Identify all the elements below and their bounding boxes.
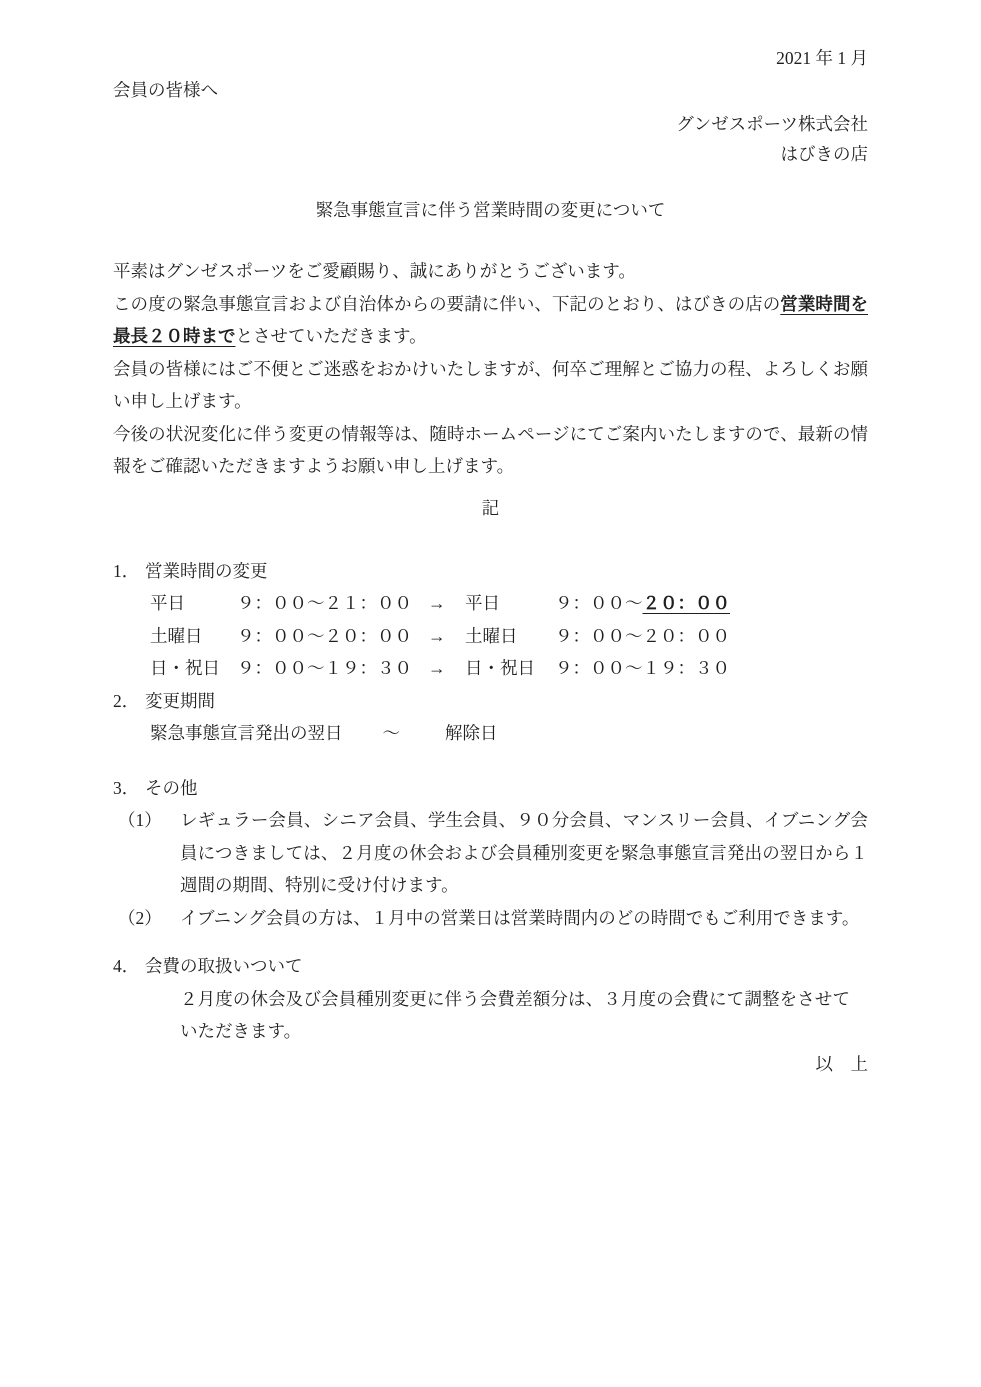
hours-row-saturday: 土曜日 ９：００～２０：００ → 土曜日 ９：００～２０：００ (113, 620, 868, 653)
section-change-period: 2．変更期間 緊急事態宣言発出の翌日～解除日 (113, 685, 868, 750)
section-fees-heading: 4．会費の取扱いついて (113, 950, 868, 983)
after-day-label: 土曜日 (465, 620, 555, 653)
section-other-number: 3． (113, 772, 145, 805)
section-other: 3．その他 （1）レギュラー会員、シニア会員、学生会員、９０分会員、マンスリー会… (113, 772, 868, 935)
store-name: はびきの店 (113, 141, 868, 167)
paragraph-greeting: 平素はグンゼスポーツをご愛顧賜り、誠にありがとうございます。 (113, 255, 868, 288)
item-text: レギュラー会員、シニア会員、学生会員、９０分会員、マンスリー会員、イブニング会員… (180, 810, 868, 895)
item-marker: （1） (118, 804, 162, 837)
item-marker: （2） (118, 902, 162, 935)
before-time: ９：００～１９：３０ (237, 652, 428, 685)
section-fees: 4．会費の取扱いついて ２月度の休会及び会員種別変更に伴う会費差額分は、３月度の… (113, 950, 868, 1048)
section-period-title: 変更期間 (145, 691, 215, 711)
document-title: 緊急事態宣言に伴う営業時間の変更について (113, 197, 868, 223)
section-hours-title: 営業時間の変更 (145, 561, 268, 581)
other-item-2: （2）イブニング会員の方は、１月中の営業日は営業時間内のどの時間でもご利用できま… (113, 902, 868, 935)
period-range: 緊急事態宣言発出の翌日～解除日 (113, 717, 868, 750)
salutation: 会員の皆様へ (113, 77, 868, 103)
hours-row-sunday-holiday: 日・祝日 ９：００～１９：３０ → 日・祝日 ９：００～１９：３０ (113, 652, 868, 685)
other-item-1: （1）レギュラー会員、シニア会員、学生会員、９０分会員、マンスリー会員、イブニン… (113, 804, 868, 902)
after-day-label: 日・祝日 (465, 652, 555, 685)
arrow-right-icon: → (428, 587, 465, 620)
after-time-emphasized: ２０：００ (643, 593, 731, 613)
after-time: ９：００～２０：００ (555, 587, 868, 620)
record-marker: 記 (113, 495, 868, 521)
arrow-right-icon: → (428, 620, 465, 653)
hours-row-weekday: 平日 ９：００～２１：００ → 平日 ９：００～２０：００ (113, 587, 868, 620)
arrow-right-icon: → (428, 652, 465, 685)
after-day-label: 平日 (465, 587, 555, 620)
announcement-prefix: この度の緊急事態宣言および自治体からの要請に伴い、下記のとおり、はびきの店の (113, 294, 780, 314)
before-day-label: 平日 (150, 587, 237, 620)
section-fees-title: 会費の取扱いついて (145, 956, 303, 976)
after-time-prefix: ９：００～ (555, 593, 643, 613)
before-time: ９：００～２０：００ (237, 620, 428, 653)
paragraph-apology: 会員の皆様にはご不便とご迷惑をおかけいたしますが、何卒ご理解とご協力の程、よろし… (113, 353, 868, 418)
announcement-suffix: とさせていただきます。 (236, 326, 427, 346)
before-time: ９：００～２１：００ (237, 587, 428, 620)
date: 2021 年 1 月 (113, 45, 868, 71)
period-from: 緊急事態宣言発出の翌日 (150, 723, 343, 743)
fees-body: ２月度の休会及び会員種別変更に伴う会費差額分は、３月度の会費にて調整をさせていた… (180, 983, 850, 1048)
paragraph-announcement: この度の緊急事態宣言および自治体からの要請に伴い、下記のとおり、はびきの店の営業… (113, 288, 868, 353)
closing-mark: 以 上 (113, 1048, 868, 1081)
period-to: 解除日 (445, 723, 498, 743)
tilde-separator: ～ (383, 723, 401, 743)
section-hours-number: 1． (113, 555, 145, 588)
paragraph-website-notice: 今後の状況変化に伴う変更の情報等は、随時ホームページにてご案内いたしますので、最… (113, 418, 868, 483)
section-other-title: その他 (145, 778, 198, 798)
section-hours-heading: 1．営業時間の変更 (113, 555, 868, 588)
after-time: ９：００～１９：３０ (555, 652, 868, 685)
after-time: ９：００～２０：００ (555, 620, 868, 653)
item-text: イブニング会員の方は、１月中の営業日は営業時間内のどの時間でもご利用できます。 (180, 908, 859, 928)
section-hours-change: 1．営業時間の変更 平日 ９：００～２１：００ → 平日 ９：００～２０：００ … (113, 555, 868, 685)
company-name: グンゼスポーツ株式会社 (113, 111, 868, 137)
section-period-number: 2． (113, 685, 145, 718)
section-fees-number: 4． (113, 950, 145, 983)
section-period-heading: 2．変更期間 (113, 685, 868, 718)
document-page: 2021 年 1 月 会員の皆様へ グンゼスポーツ株式会社 はびきの店 緊急事態… (0, 0, 981, 1387)
before-day-label: 土曜日 (150, 620, 237, 653)
body-paragraphs: 平素はグンゼスポーツをご愛顧賜り、誠にありがとうございます。 この度の緊急事態宣… (113, 255, 868, 483)
section-other-heading: 3．その他 (113, 772, 868, 805)
before-day-label: 日・祝日 (150, 652, 237, 685)
